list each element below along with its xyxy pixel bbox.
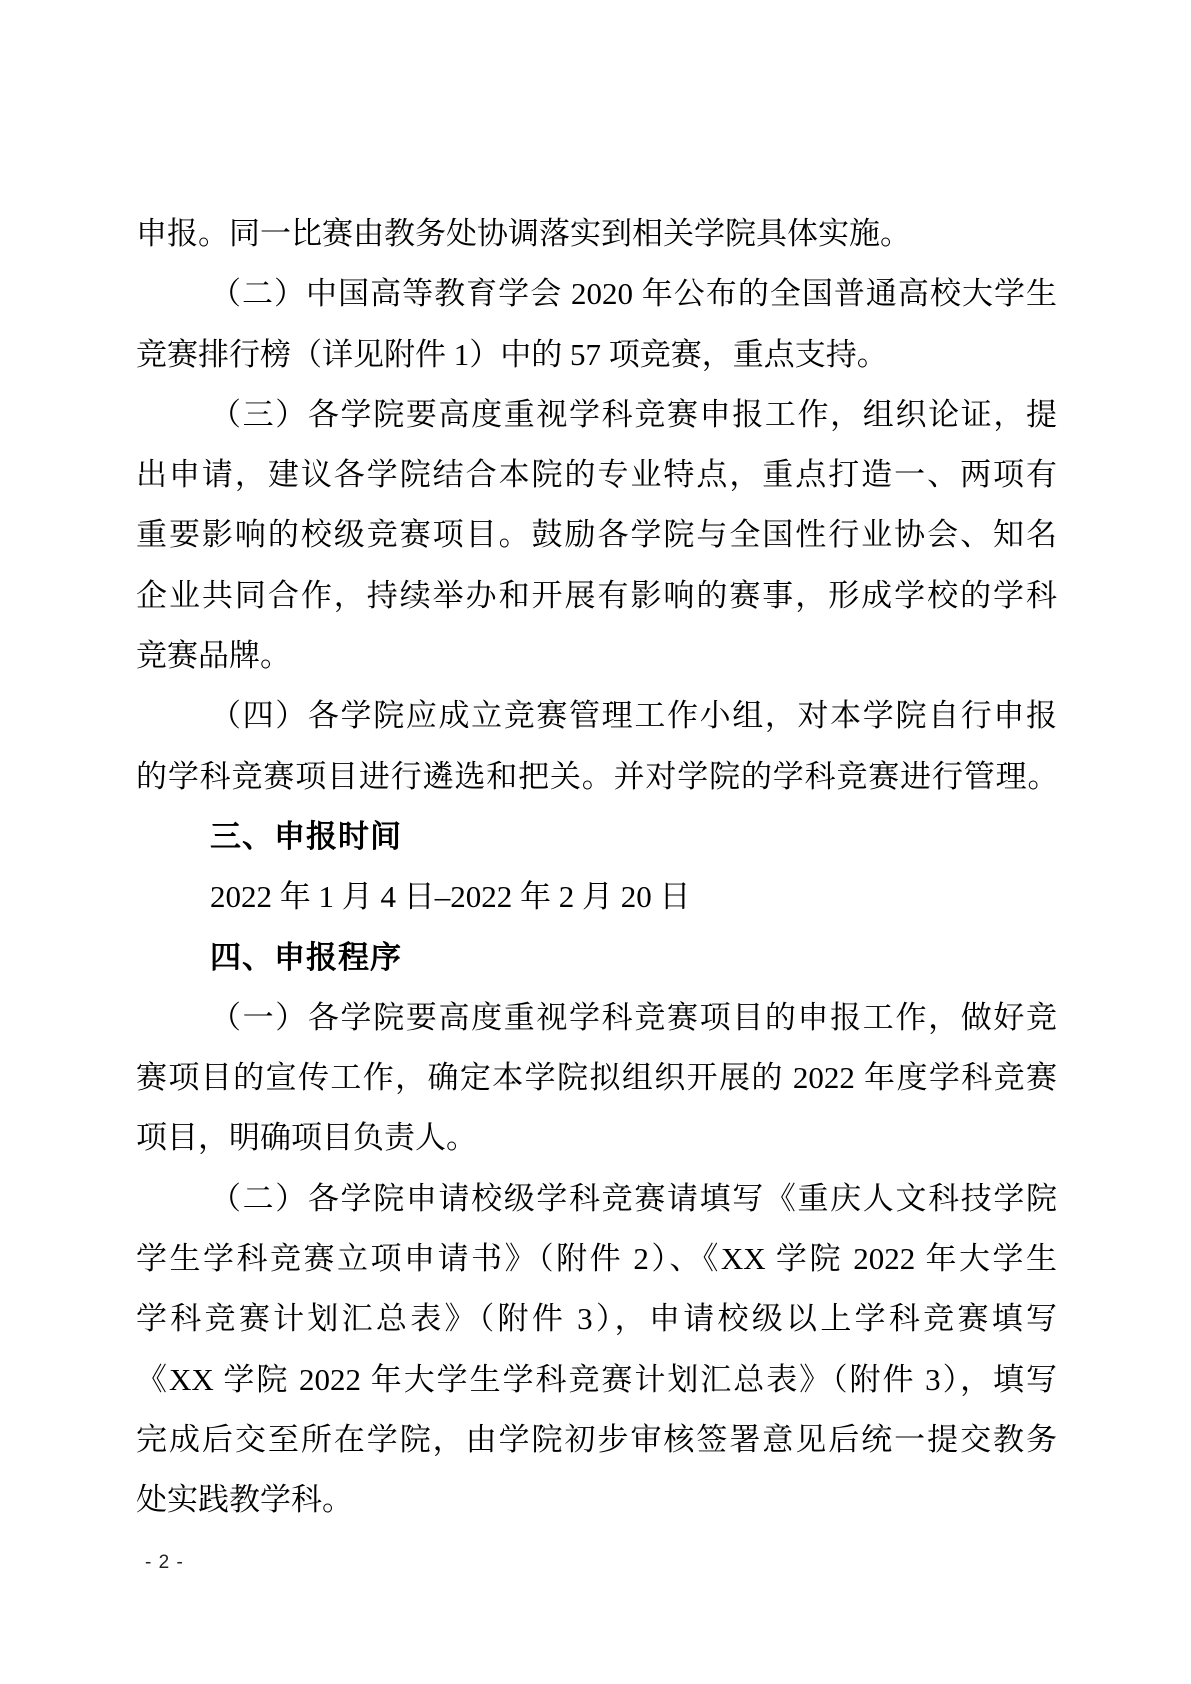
text-line: 赛项目的宣传工作，确定本学院拟组织开展的 2022 年度学科竞赛	[136, 1048, 1057, 1108]
section-heading: 四、申报程序	[136, 928, 1057, 988]
text-line: 《XX 学院 2022 年大学生学科竞赛计划汇总表》（附件 3），填写	[136, 1350, 1057, 1410]
text-line: 处实践教学科。	[136, 1470, 1057, 1530]
text-line: 项目，明确项目负责人。	[136, 1108, 1057, 1168]
text-line: 完成后交至所在学院，由学院初步审核签署意见后统一提交教务	[136, 1410, 1057, 1470]
text-line: 企业共同合作，持续举办和开展有影响的赛事，形成学校的学科	[136, 566, 1057, 626]
text-line: （二）各学院申请校级学科竞赛请填写《重庆人文科技学院	[136, 1169, 1057, 1229]
page-number: - 2 -	[145, 1552, 184, 1574]
text-line: 竞赛品牌。	[136, 626, 1057, 686]
text-line: 重要影响的校级竞赛项目。鼓励各学院与全国性行业协会、知名	[136, 505, 1057, 565]
section-heading: 三、申报时间	[136, 807, 1057, 867]
document-body: 申报。同一比赛由教务处协调落实到相关学院具体实施。（二）中国高等教育学会 202…	[136, 204, 1057, 1531]
document-page: 申报。同一比赛由教务处协调落实到相关学院具体实施。（二）中国高等教育学会 202…	[0, 0, 1191, 1684]
text-line: 申报。同一比赛由教务处协调落实到相关学院具体实施。	[136, 204, 1057, 264]
text-line: （二）中国高等教育学会 2020 年公布的全国普通高校大学生	[136, 264, 1057, 324]
text-line: 学生学科竞赛立项申请书》（附件 2）、《XX 学院 2022 年大学生	[136, 1229, 1057, 1289]
text-line: （三）各学院要高度重视学科竞赛申报工作，组织论证，提	[136, 385, 1057, 445]
text-line: 2022 年 1 月 4 日–2022 年 2 月 20 日	[136, 867, 1057, 927]
text-line: 学科竞赛计划汇总表》（附件 3），申请校级以上学科竞赛填写	[136, 1289, 1057, 1349]
text-line: （一）各学院要高度重视学科竞赛项目的申报工作，做好竞	[136, 988, 1057, 1048]
text-line: 竞赛排行榜（详见附件 1）中的 57 项竞赛，重点支持。	[136, 325, 1057, 385]
text-line: （四）各学院应成立竞赛管理工作小组，对本学院自行申报	[136, 686, 1057, 746]
text-line: 的学科竞赛项目进行遴选和把关。并对学院的学科竞赛进行管理。	[136, 747, 1057, 807]
text-line: 出申请，建议各学院结合本院的专业特点，重点打造一、两项有	[136, 445, 1057, 505]
